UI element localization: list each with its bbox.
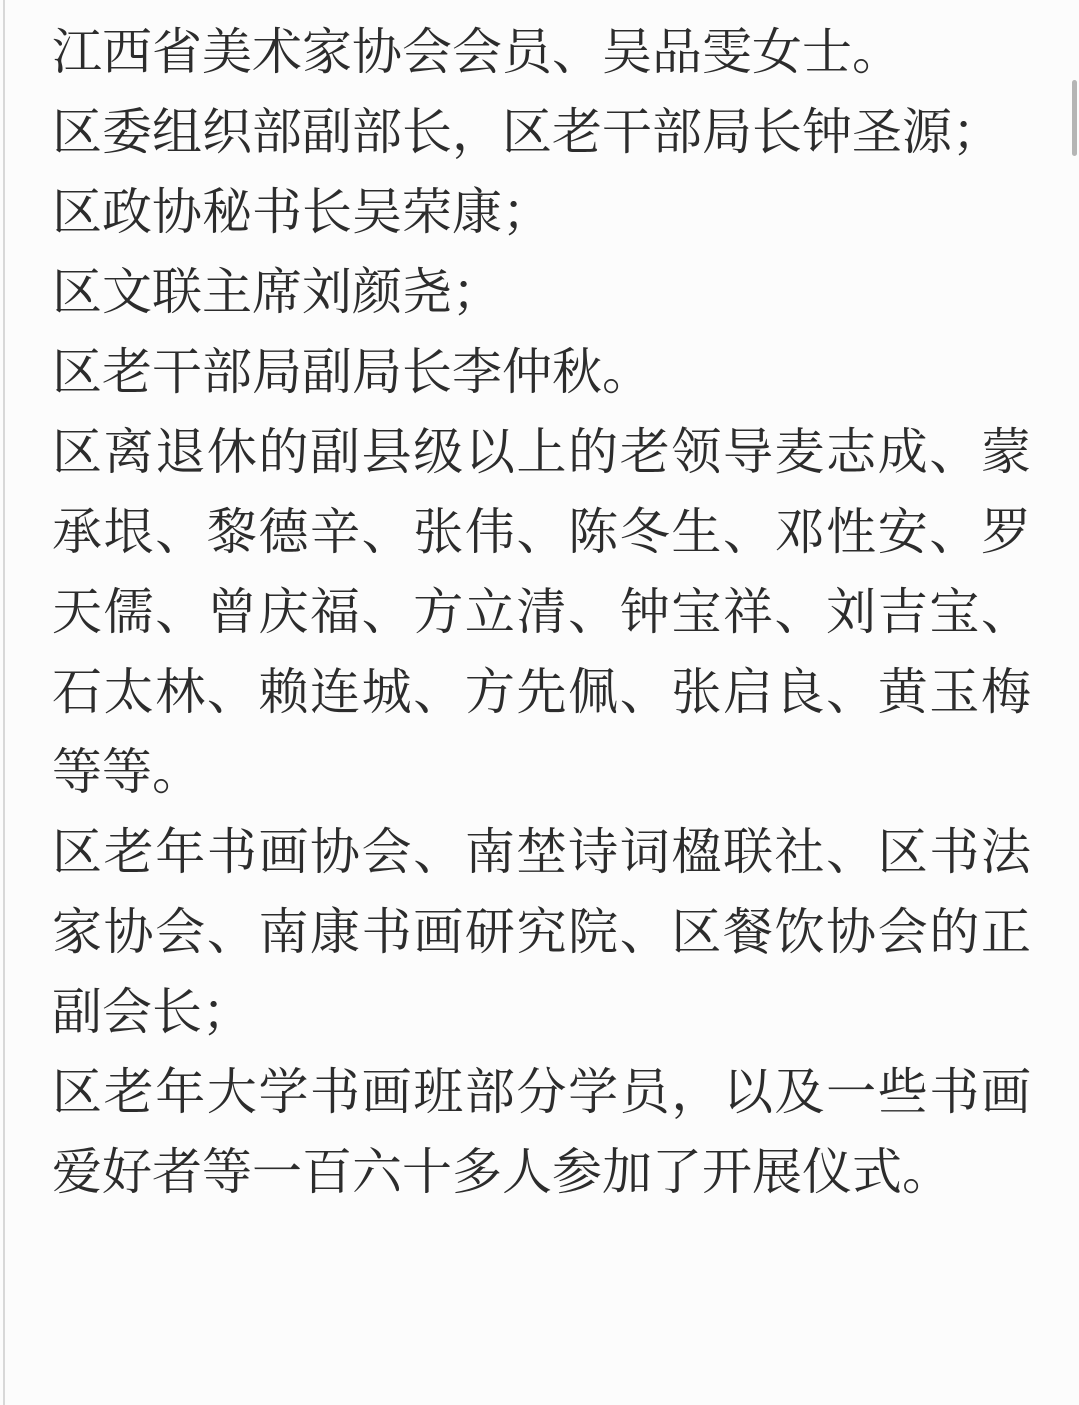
paragraph-bureau-deputy: 区老干部局副局长李仲秋。 (52, 332, 1031, 412)
paragraph-cppcc-secretary: 区政协秘书长吴荣康； (52, 172, 1031, 252)
paragraph-students-and-total: 区老年大学书画班部分学员，以及一些书画爱好者等一百六十多人参加了开展仪式。 (52, 1052, 1031, 1212)
paragraph-associations-list: 区老年书画协会、南埜诗词楹联社、区书法家协会、南康书画研究院、区餐饮协会的正副会… (52, 812, 1031, 1052)
paragraph-retired-leaders-list: 区离退休的副县级以上的老领导麦志成、蒙承垠、黎德辛、张伟、陈冬生、邓性安、罗天儒… (52, 412, 1031, 812)
article-text-view: 江西省美术家协会会员、吴品雯女士。 区委组织部副部长，区老干部局长钟圣源； 区政… (52, 12, 1031, 1212)
scrollbar-thumb[interactable] (1072, 80, 1077, 156)
left-edge-divider (3, 0, 5, 1405)
paragraph-org-dept-leader: 区委组织部副部长，区老干部局长钟圣源； (52, 92, 1031, 172)
paragraph-attendee-artist: 江西省美术家协会会员、吴品雯女士。 (52, 12, 1031, 92)
paragraph-federation-chairman: 区文联主席刘颜尧； (52, 252, 1031, 332)
